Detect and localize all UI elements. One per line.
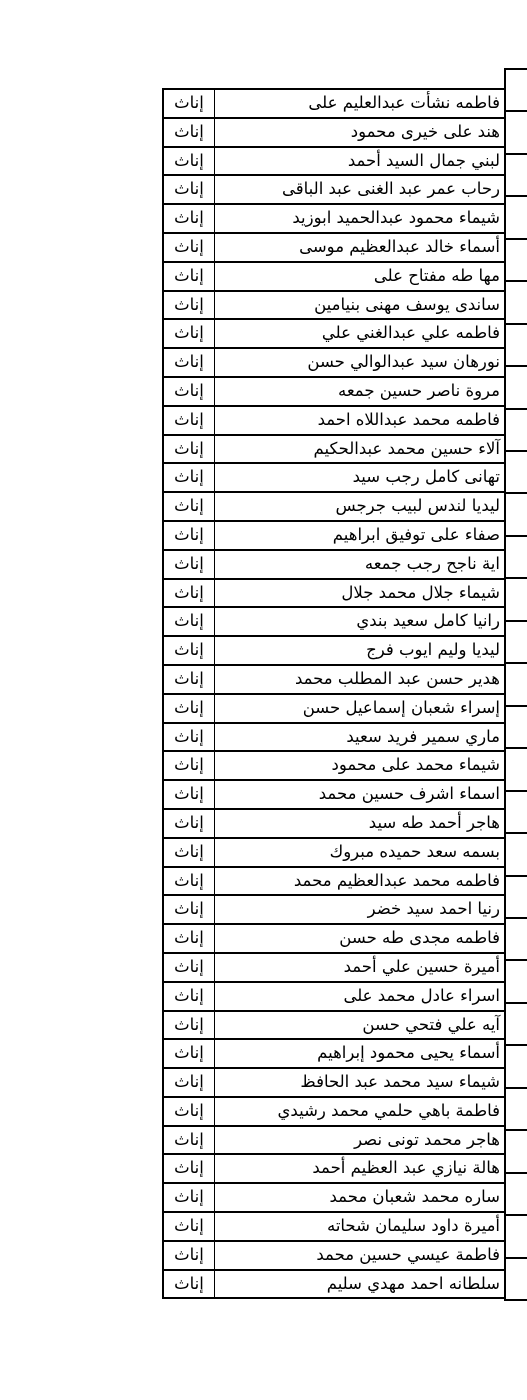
name-cell: لبني جمال السيد أحمد xyxy=(215,147,507,176)
gender-cell: إناث xyxy=(163,118,215,147)
gender-cell: إناث xyxy=(163,175,215,204)
table-row: هدير حسن عبد المطلب محمد إناث xyxy=(163,665,506,694)
name-cell: رنيا احمد سيد خضر xyxy=(215,895,507,924)
gender-cell: إناث xyxy=(163,665,215,694)
table-row: هاجر محمد تونى نصر إناث xyxy=(163,1126,506,1155)
gender-cell: إناث xyxy=(163,924,215,953)
gender-cell: إناث xyxy=(163,319,215,348)
right-edge-column xyxy=(504,68,527,1301)
right-edge-gridline xyxy=(506,620,527,622)
table-row: هالة نيازي عبد العظيم أحمد إناث xyxy=(163,1154,506,1183)
gender-cell: إناث xyxy=(163,982,215,1011)
gender-cell: إناث xyxy=(163,953,215,982)
table-row: أميرة حسين علي أحمد إناث xyxy=(163,953,506,982)
table-row: شيماء جلال محمد جلال إناث xyxy=(163,579,506,608)
table-row: ليديا وليم ايوب فرج إناث xyxy=(163,636,506,665)
right-edge-gridline xyxy=(506,238,527,240)
table-row: هاجر أحمد طه سيد إناث xyxy=(163,809,506,838)
table-row: مها طه مفتاح على إناث xyxy=(163,262,506,291)
table-row: فاطمه محمد عبداللاه احمد إناث xyxy=(163,406,506,435)
right-edge-gridline xyxy=(506,408,527,410)
name-cell: شيماء محمود عبدالحميد ابوزيد xyxy=(215,204,507,233)
table-row: إسراء شعبان إسماعيل حسن إناث xyxy=(163,694,506,723)
gender-cell: إناث xyxy=(163,435,215,464)
gender-cell: إناث xyxy=(163,1183,215,1212)
name-cell: اسماء اشرف حسين محمد xyxy=(215,780,507,809)
right-edge-gridline xyxy=(506,1044,527,1046)
name-cell: شيماء محمد على محمود xyxy=(215,751,507,780)
name-cell: آيه علي فتحي حسن xyxy=(215,1011,507,1040)
name-cell: أسماء خالد عبدالعظيم موسى xyxy=(215,233,507,262)
name-cell: فاطمه محمد عبدالعظيم محمد xyxy=(215,867,507,896)
table-row: ساره محمد شعبان محمد إناث xyxy=(163,1183,506,1212)
table-row: فاطمة باهي حلمي محمد رشيدي إناث xyxy=(163,1097,506,1126)
gender-cell: إناث xyxy=(163,1039,215,1068)
table-row: أسماء خالد عبدالعظيم موسى إناث xyxy=(163,233,506,262)
table-row: رحاب عمر عبد الغنى عبد الباقى إناث xyxy=(163,175,506,204)
right-edge-gridline xyxy=(506,153,527,155)
gender-cell: إناث xyxy=(163,377,215,406)
gender-cell: إناث xyxy=(163,636,215,665)
table-row: فاطمه محمد عبدالعظيم محمد إناث xyxy=(163,867,506,896)
right-edge-gridline xyxy=(506,917,527,919)
gender-cell: إناث xyxy=(163,89,215,118)
table-row: فاطمة عيسي حسين محمد إناث xyxy=(163,1241,506,1270)
table-row: أسماء يحيى محمود إبراهيم إناث xyxy=(163,1039,506,1068)
gender-cell: إناث xyxy=(163,809,215,838)
name-cell: ليديا لندس لبيب جرجس xyxy=(215,492,507,521)
gender-cell: إناث xyxy=(163,1097,215,1126)
table-row: شيماء محمود عبدالحميد ابوزيد إناث xyxy=(163,204,506,233)
gender-cell: إناث xyxy=(163,406,215,435)
table-row: اية ناجح رجب جمعه إناث xyxy=(163,550,506,579)
table-row: فاطمه علي عبدالغني علي إناث xyxy=(163,319,506,348)
table-row: سلطانه احمد مهدي سليم إناث xyxy=(163,1270,506,1299)
name-cell: أميرة داود سليمان شحاته xyxy=(215,1212,507,1241)
name-cell: فاطمه علي عبدالغني علي xyxy=(215,319,507,348)
right-edge-gridline xyxy=(506,1299,527,1301)
right-edge-gridline xyxy=(506,875,527,877)
right-edge-gridline xyxy=(506,790,527,792)
name-cell: اية ناجح رجب جمعه xyxy=(215,550,507,579)
gender-cell: إناث xyxy=(163,348,215,377)
gender-cell: إناث xyxy=(163,579,215,608)
right-edge-gridline xyxy=(506,535,527,537)
table-row: اسراء عادل محمد على إناث xyxy=(163,982,506,1011)
right-edge-gridline xyxy=(506,110,527,112)
gender-cell: إناث xyxy=(163,1068,215,1097)
gender-cell: إناث xyxy=(163,751,215,780)
name-cell: شيماء جلال محمد جلال xyxy=(215,579,507,608)
right-edge-gridline xyxy=(506,1172,527,1174)
name-cell: آلاء حسين محمد عبدالحكيم xyxy=(215,435,507,464)
right-edge-gridline xyxy=(506,323,527,325)
gender-cell: إناث xyxy=(163,521,215,550)
gender-cell: إناث xyxy=(163,492,215,521)
right-edge-gridline xyxy=(506,492,527,494)
table-row: تهانى كامل رجب سيد إناث xyxy=(163,463,506,492)
name-cell: رحاب عمر عبد الغنى عبد الباقى xyxy=(215,175,507,204)
name-cell: فاطمه نشأت عبدالعليم على xyxy=(215,89,507,118)
name-cell: رانيا كامل سعيد بندي xyxy=(215,607,507,636)
gender-cell: إناث xyxy=(163,1154,215,1183)
gender-cell: إناث xyxy=(163,1011,215,1040)
name-cell: هدير حسن عبد المطلب محمد xyxy=(215,665,507,694)
gender-cell: إناث xyxy=(163,607,215,636)
name-cell: شيماء سيد محمد عبد الحافظ xyxy=(215,1068,507,1097)
table-row: صفاء على توفيق ابراهيم إناث xyxy=(163,521,506,550)
table-row: آيه علي فتحي حسن إناث xyxy=(163,1011,506,1040)
right-edge-gridline xyxy=(506,1002,527,1004)
right-edge-gridline xyxy=(506,832,527,834)
right-edge-gridline xyxy=(506,68,527,70)
gender-cell: إناث xyxy=(163,694,215,723)
name-cell: فاطمه مجدى طه حسن xyxy=(215,924,507,953)
table-row: ساندى يوسف مهنى بنيامين إناث xyxy=(163,291,506,320)
right-edge-gridline xyxy=(506,365,527,367)
gender-cell: إناث xyxy=(163,867,215,896)
gender-cell: إناث xyxy=(163,147,215,176)
table-row: أميرة داود سليمان شحاته إناث xyxy=(163,1212,506,1241)
name-cell: هالة نيازي عبد العظيم أحمد xyxy=(215,1154,507,1183)
table-row: شيماء سيد محمد عبد الحافظ إناث xyxy=(163,1068,506,1097)
right-edge-gridline xyxy=(506,1087,527,1089)
table-row: نورهان سيد عبدالوالي حسن إناث xyxy=(163,348,506,377)
name-cell: نورهان سيد عبدالوالي حسن xyxy=(215,348,507,377)
name-cell: فاطمه محمد عبداللاه احمد xyxy=(215,406,507,435)
name-cell: هاجر محمد تونى نصر xyxy=(215,1126,507,1155)
name-cell: ساره محمد شعبان محمد xyxy=(215,1183,507,1212)
table-row: مروة ناصر حسين جمعه إناث xyxy=(163,377,506,406)
right-edge-gridline xyxy=(506,1257,527,1259)
right-edge-gridline xyxy=(506,450,527,452)
gender-cell: إناث xyxy=(163,895,215,924)
names-table: فاطمه نشأت عبدالعليم على إناث هند على خي… xyxy=(162,88,507,1299)
right-edge-gridline xyxy=(506,747,527,749)
table-row: لبني جمال السيد أحمد إناث xyxy=(163,147,506,176)
right-edge-gridline xyxy=(506,280,527,282)
table-row: اسماء اشرف حسين محمد إناث xyxy=(163,780,506,809)
table-row: فاطمه نشأت عبدالعليم على إناث xyxy=(163,89,506,118)
right-edge-gridline xyxy=(506,577,527,579)
name-cell: أسماء يحيى محمود إبراهيم xyxy=(215,1039,507,1068)
table-row: بسمه سعد حميده مبروك إناث xyxy=(163,838,506,867)
gender-cell: إناث xyxy=(163,838,215,867)
gender-cell: إناث xyxy=(163,550,215,579)
gender-cell: إناث xyxy=(163,1212,215,1241)
right-edge-gridline xyxy=(506,662,527,664)
gender-cell: إناث xyxy=(163,1241,215,1270)
names-table-body: فاطمه نشأت عبدالعليم على إناث هند على خي… xyxy=(163,89,506,1298)
gender-cell: إناث xyxy=(163,1270,215,1299)
right-edge-gridline xyxy=(506,195,527,197)
name-cell: بسمه سعد حميده مبروك xyxy=(215,838,507,867)
name-cell: هاجر أحمد طه سيد xyxy=(215,809,507,838)
name-cell: مروة ناصر حسين جمعه xyxy=(215,377,507,406)
name-cell: فاطمة عيسي حسين محمد xyxy=(215,1241,507,1270)
name-cell: سلطانه احمد مهدي سليم xyxy=(215,1270,507,1299)
name-cell: ماري سمير فريد سعيد xyxy=(215,723,507,752)
table-row: آلاء حسين محمد عبدالحكيم إناث xyxy=(163,435,506,464)
right-edge-gridline xyxy=(506,705,527,707)
gender-cell: إناث xyxy=(163,463,215,492)
name-cell: هند على خيرى محمود xyxy=(215,118,507,147)
name-cell: مها طه مفتاح على xyxy=(215,262,507,291)
name-cell: إسراء شعبان إسماعيل حسن xyxy=(215,694,507,723)
name-cell: تهانى كامل رجب سيد xyxy=(215,463,507,492)
gender-cell: إناث xyxy=(163,233,215,262)
gender-cell: إناث xyxy=(163,204,215,233)
name-cell: اسراء عادل محمد على xyxy=(215,982,507,1011)
gender-cell: إناث xyxy=(163,723,215,752)
right-edge-gridline xyxy=(506,959,527,961)
table-row: رنيا احمد سيد خضر إناث xyxy=(163,895,506,924)
name-cell: فاطمة باهي حلمي محمد رشيدي xyxy=(215,1097,507,1126)
name-cell: أميرة حسين علي أحمد xyxy=(215,953,507,982)
right-edge-gridline xyxy=(506,1129,527,1131)
name-cell: ليديا وليم ايوب فرج xyxy=(215,636,507,665)
right-edge-gridline xyxy=(506,1214,527,1216)
name-cell: صفاء على توفيق ابراهيم xyxy=(215,521,507,550)
gender-cell: إناث xyxy=(163,780,215,809)
table-row: هند على خيرى محمود إناث xyxy=(163,118,506,147)
gender-cell: إناث xyxy=(163,291,215,320)
page-root: { "page": { "background_color": "#ffffff… xyxy=(0,0,527,1400)
table-row: رانيا كامل سعيد بندي إناث xyxy=(163,607,506,636)
table-row: ليديا لندس لبيب جرجس إناث xyxy=(163,492,506,521)
gender-cell: إناث xyxy=(163,1126,215,1155)
table-row: ماري سمير فريد سعيد إناث xyxy=(163,723,506,752)
table-row: شيماء محمد على محمود إناث xyxy=(163,751,506,780)
table-row: فاطمه مجدى طه حسن إناث xyxy=(163,924,506,953)
name-cell: ساندى يوسف مهنى بنيامين xyxy=(215,291,507,320)
gender-cell: إناث xyxy=(163,262,215,291)
